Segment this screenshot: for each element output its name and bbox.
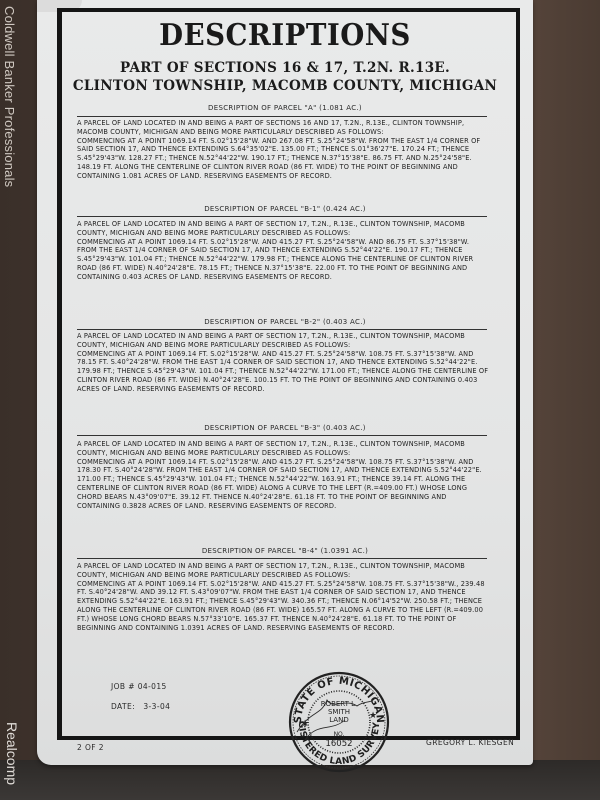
document-subtitle-location: CLINTON TOWNSHIP, MACOMB COUNTY, MICHIGA… [37, 78, 533, 94]
seal-number-label: NO. [334, 731, 345, 738]
job-number: JOB # 04-015 [111, 682, 167, 691]
seal-star-right-icon: ★ [369, 710, 377, 720]
parcel-a-rule [77, 116, 487, 117]
seal-name-line3: LAND [329, 716, 348, 724]
parcel-b1-rule [77, 216, 487, 217]
parcel-b3-description: A PARCEL OF LAND LOCATED IN AND BEING A … [77, 440, 489, 510]
parcel-b1-heading: DESCRIPTION OF PARCEL "B-1" (0.424 AC.) [37, 205, 533, 213]
parcel-b2-heading: DESCRIPTION OF PARCEL "B-2" (0.403 AC.) [37, 318, 533, 326]
parcel-b1-description: A PARCEL OF LAND LOCATED IN AND BEING A … [77, 220, 489, 282]
parcel-b2-rule [77, 329, 487, 330]
parcel-b3-rule [77, 435, 487, 436]
brokerage-watermark: Coldwell Banker Professionals [2, 6, 17, 187]
document-date: DATE: 3-3-04 [111, 702, 170, 711]
seal-name-line2: SMITH [328, 708, 350, 716]
parcel-b4-description: A PARCEL OF LAND LOCATED IN AND BEING A … [77, 562, 489, 632]
parcel-a-heading: DESCRIPTION OF PARCEL "A" (1.081 AC.) [37, 104, 533, 112]
parcel-b2-description: A PARCEL OF LAND LOCATED IN AND BEING A … [77, 332, 489, 394]
seal-license-number: 16052 [325, 739, 352, 749]
table-surface-right [530, 0, 600, 770]
parcel-b4-heading: DESCRIPTION OF PARCEL "B-4" (1.0391 AC.) [37, 547, 533, 555]
parcel-b3-heading: DESCRIPTION OF PARCEL "B-3" (0.403 AC.) [37, 424, 533, 432]
page-number: 2 OF 2 [77, 743, 104, 752]
document-subtitle-sections: PART OF SECTIONS 16 & 17, T.2N. R.13E. [37, 60, 533, 76]
mls-watermark: Realcomp [4, 722, 20, 785]
parcel-a-description: A PARCEL OF LAND LOCATED IN AND BEING A … [77, 119, 489, 181]
document-title: DESCRIPTIONS [57, 18, 513, 53]
document-page: DESCRIPTIONS PART OF SECTIONS 16 & 17, T… [37, 0, 533, 765]
surveyor-name: GREGORY L. KIESGEN [426, 738, 514, 747]
parcel-b4-rule [77, 558, 487, 559]
surveyor-seal-icon: STATE OF MICHIGAN REGISTERED LAND SURVEY… [287, 670, 391, 774]
